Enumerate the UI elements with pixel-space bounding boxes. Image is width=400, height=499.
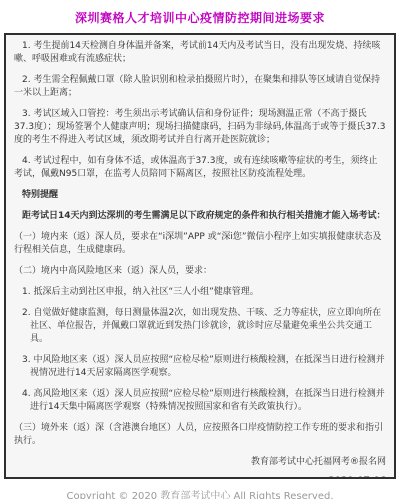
- item-two-sub-2: 2. 自觉做好健康监测，每日测量体温2次，如出现发热、干咳、乏力等症状，应立即向…: [14, 307, 386, 346]
- requirement-item-one: （一）境内来（返）深人员，要求在“i深圳”APP 或“深i您”微信小程序上如实填…: [14, 231, 386, 257]
- item-two-sub-4: 4. 高风险地区来（返）深人员应按照“应检尽检”原则进行核酸检测，在抵深当日进行…: [14, 388, 386, 414]
- general-rule-3: 3. 考试区域入口管控：考生须出示考试确认信和身份证件；现场测温正常（不高于摄氏…: [14, 108, 386, 147]
- general-rule-2: 2. 考生需全程佩戴口罩（除人脸识别和检录拍摄照片时），在聚集和排队等区域请自觉…: [14, 74, 386, 100]
- general-rule-4: 4. 考试过程中，如有身体不适，或体温高于37.3度，或有连续咳嗽等症状的考生，…: [14, 155, 386, 181]
- requirement-item-three: （三）境外来（返）深（含港澳台地区）人员，应按照各口岸疫情防控工作专班的要求和指…: [14, 422, 386, 448]
- special-reminder-heading: 特别提醒: [14, 189, 386, 202]
- general-rule-1: 1. 考生提前14天检测自身体温并备案，考试前14天内及考试当日，没有出现发烧、…: [14, 40, 386, 66]
- item-two-sub-3: 3. 中风险地区来（返）深人员应按照“应检尽检”原则进行核酸检测，在抵深当日进行…: [14, 354, 386, 380]
- page-title: 深圳赛格人才培训中心疫情防控期间进场要求: [0, 0, 400, 26]
- signature-line: 教育部考试中心托福网考®报名网: [14, 456, 386, 469]
- notice-page: 深圳赛格人才培训中心疫情防控期间进场要求 1. 考生提前14天检测自身体温并备案…: [0, 0, 400, 499]
- requirement-item-two-heading: （二）境内中高风险地区来（返）深人员，要求：: [14, 265, 386, 278]
- copyright-line: Copyright © 2020 教育部考试中心 All Rights Rese…: [0, 479, 400, 499]
- notice-box: 1. 考生提前14天检测自身体温并备案，考试前14天内及考试当日，没有出现发烧、…: [4, 33, 396, 479]
- item-two-sub-1: 1. 抵深后主动到社区申报，纳入社区“三人小组”健康管理。: [14, 286, 386, 299]
- special-reminder-intro: 距考试日14天内到达深圳的考生需满足以下政府规定的条件和执行相关措施才能入场考试…: [14, 210, 386, 223]
